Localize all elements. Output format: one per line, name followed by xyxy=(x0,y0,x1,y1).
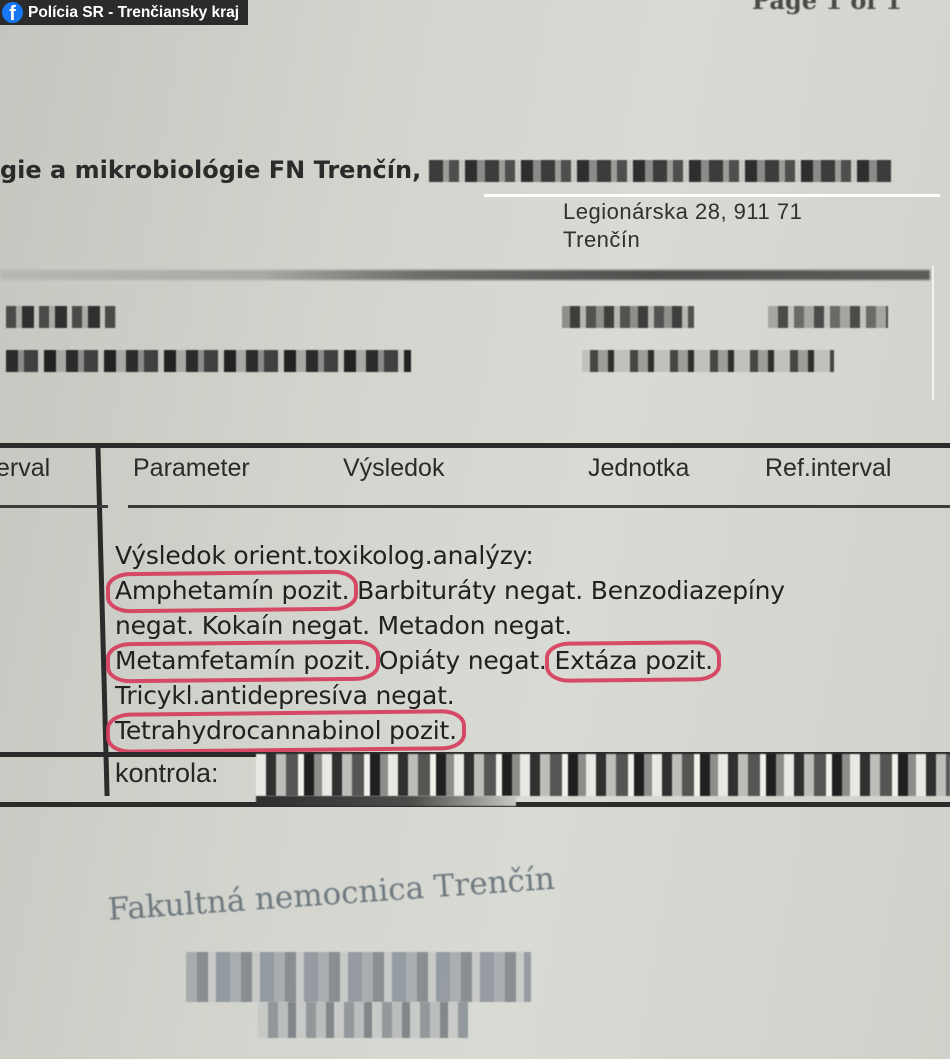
redacted-rule xyxy=(0,270,930,280)
address-line1: Legionárska 28, 911 71 xyxy=(563,198,802,226)
redacted-field xyxy=(582,350,834,372)
source-badge: f Polícia SR - Trenčiansky kraj xyxy=(0,0,248,25)
toxicology-results: Výsledok orient.toxikolog.analýzy: Amphe… xyxy=(115,538,950,748)
positive-result-highlight: Metamfetamín pozit. xyxy=(115,643,371,678)
redacted-patient-name xyxy=(6,350,411,372)
redacted-field xyxy=(768,306,888,328)
column-header-unit: Jednotka xyxy=(588,454,689,483)
facebook-icon: f xyxy=(2,2,23,23)
column-header-result: Výsledok xyxy=(343,454,444,483)
result-line: Amphetamín pozit. Barbituráty negat. Ben… xyxy=(115,573,950,608)
result-text: negat. Kokaín negat. Metadon negat. xyxy=(115,611,572,640)
lab-title: gie a mikrobiológie FN Trenčín, xyxy=(0,156,891,184)
address: Legionárska 28, 911 71 Trenčín xyxy=(563,198,802,254)
redacted-lab-head xyxy=(429,160,891,182)
redacted-stamp xyxy=(186,952,531,1002)
source-badge-label: Polícia SR - Trenčiansky kraj xyxy=(28,4,239,22)
page-indicator: Page 1 of 1 xyxy=(752,0,902,15)
redacted-field xyxy=(562,306,694,328)
positive-result-highlight: Amphetamín pozit. xyxy=(115,573,349,608)
column-header-ref-interval: Ref.interval xyxy=(765,454,891,483)
divider xyxy=(932,266,934,400)
hospital-stamp: Fakultná nemocnica Trenčín xyxy=(107,861,556,928)
redacted-patient-id xyxy=(6,306,116,328)
result-line: Tetrahydrocannabinol pozit. xyxy=(115,713,950,748)
header-underline xyxy=(128,505,950,508)
redacted-control-value xyxy=(256,754,950,796)
result-line: Metamfetamín pozit. Opiáty negat. Extáza… xyxy=(115,643,950,678)
column-header-parameter: Parameter xyxy=(133,454,250,483)
column-header-interval-left: erval xyxy=(0,454,50,483)
control-label: kontrola: xyxy=(115,758,219,789)
result-text: Barbituráty negat. Benzodiazepíny xyxy=(349,576,785,605)
result-heading: Výsledok orient.toxikolog.analýzy: xyxy=(115,538,950,573)
redacted-stamp xyxy=(258,1002,468,1038)
positive-result-highlight: Tetrahydrocannabinol pozit. xyxy=(115,713,457,748)
address-line2: Trenčín xyxy=(563,226,802,254)
result-line: Tricykl.antidepresíva negat. xyxy=(115,678,950,713)
result-text: Tricykl.antidepresíva negat. xyxy=(115,681,454,710)
result-line: negat. Kokaín negat. Metadon negat. xyxy=(115,608,950,643)
result-lines: Amphetamín pozit. Barbituráty negat. Ben… xyxy=(115,573,950,748)
result-text: Opiáty negat. xyxy=(371,646,554,675)
divider xyxy=(484,194,940,197)
redacted-control-value xyxy=(256,796,516,806)
header-underline xyxy=(0,505,108,508)
positive-result-highlight: Extáza pozit. xyxy=(554,643,712,678)
lab-title-text: gie a mikrobiológie FN Trenčín, xyxy=(0,156,421,184)
